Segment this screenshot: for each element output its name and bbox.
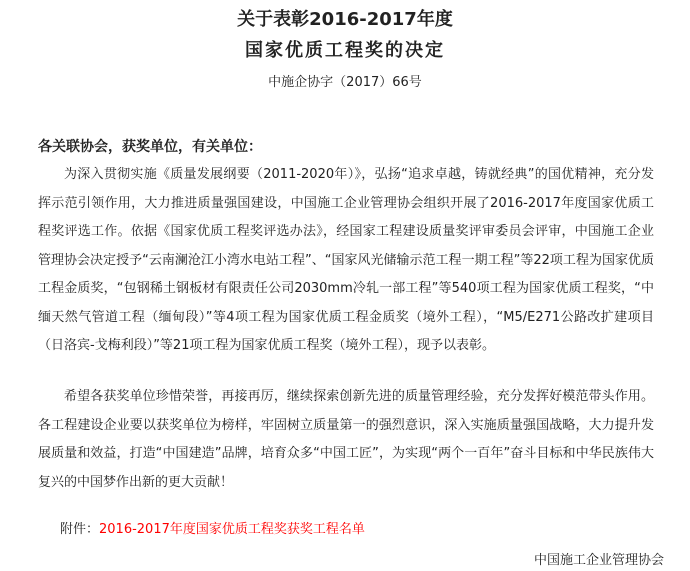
document-number: 中施企协字（2017）66号 bbox=[0, 71, 690, 90]
attachment-label: 附件： bbox=[60, 522, 99, 537]
attachment-link[interactable]: 2016-2017年度国家优质工程奖获奖工程名单 bbox=[99, 522, 365, 537]
salutation: 各关联协会，获奖单位，有关单位： bbox=[38, 136, 262, 156]
document-title-line2: 国家优质工程奖的决定 bbox=[0, 36, 690, 62]
document-title-line1: 关于表彰2016-2017年度 bbox=[0, 5, 690, 31]
attachment-line: 附件：2016-2017年度国家优质工程奖获奖工程名单 bbox=[60, 518, 365, 537]
signature: 中国施工企业管理协会 bbox=[534, 549, 664, 568]
body-paragraph-1: 为深入贯彻实施《质量发展纲要（2011-2020年）》，弘扬“追求卓越，铸就经典… bbox=[38, 161, 654, 361]
body-paragraph-2: 希望各获奖单位珍惜荣誉，再接再厉，继续探索创新先进的质量管理经验，充分发挥好模范… bbox=[38, 383, 654, 497]
